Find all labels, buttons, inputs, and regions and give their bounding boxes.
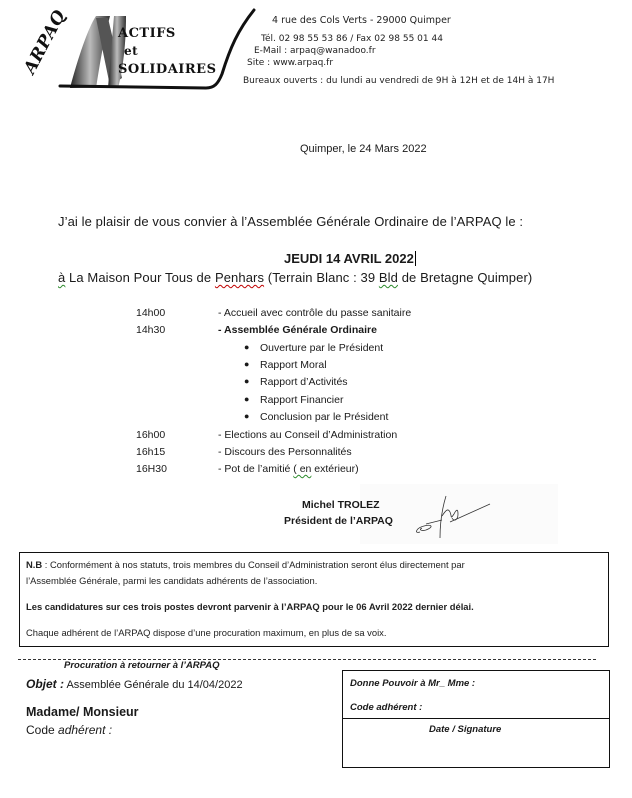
text-cursor <box>415 251 416 266</box>
programme-item: 14h00 - Accueil avec contrôle du passe s… <box>0 307 632 321</box>
power-to-field[interactable]: Donne Pouvoir à Mr_ Mme : <box>350 678 475 689</box>
programme-item: 16h15 - Discours des Personnalités <box>0 446 632 460</box>
date-signature-field[interactable]: Date / Signature <box>429 724 501 735</box>
notice-proxy: Chaque adhérent de l’ARPAQ dispose d’une… <box>26 627 386 638</box>
org-email[interactable]: E-Mail : arpaq@wanadoo.fr <box>254 46 376 56</box>
org-website[interactable]: Site : www.arpaq.fr <box>247 58 333 68</box>
bullet-icon: ● <box>244 376 249 386</box>
programme-sub-item: ● Rapport d’Activités <box>0 376 632 390</box>
notice-line1: N.B : Conformément à nos statuts, trois … <box>26 559 602 570</box>
signatory-name: Michel TROLEZ <box>302 499 380 511</box>
arpaq-logo: ARPAQ ACTIFS et SOLIDAIRES <box>18 8 258 98</box>
programme-sub-item: ● Ouverture par le Président <box>0 342 632 356</box>
box-divider <box>343 718 609 719</box>
bullet-icon: ● <box>244 411 249 421</box>
logo-line2: et <box>124 44 138 58</box>
programme-item: 16H30 - Pot de l’amitié ( en extérieur) <box>0 463 632 477</box>
logo-line1: ACTIFS <box>118 26 176 41</box>
programme-item: 16h00 - Elections au Conseil d’Administr… <box>0 429 632 443</box>
notice-deadline: Les candidatures sur ces trois postes de… <box>26 601 474 612</box>
notice-line2: l’Assemblée Générale, parmi les candidat… <box>26 575 317 586</box>
office-hours: Bureaux ouverts : du lundi au vendredi d… <box>243 76 554 86</box>
invitation-text: J’ai le plaisir de vous convier à l’Asse… <box>58 214 523 229</box>
bullet-icon: ● <box>244 394 249 404</box>
handwritten-signature-icon <box>412 494 492 544</box>
event-date: JEUDI 14 AVRIL 2022 <box>284 251 416 266</box>
programme-sub-item: ● Rapport Financier <box>0 394 632 408</box>
proxy-delegation-box: Donne Pouvoir à Mr_ Mme : Code adhérent … <box>342 670 610 768</box>
proxy-member-code-field[interactable]: Code adhérent : <box>26 723 112 737</box>
notice-box: N.B : Conformément à nos statuts, trois … <box>19 552 609 647</box>
programme-sub-item: ● Rapport Moral <box>0 359 632 373</box>
proxy-form-title: Procuration à retourner à l’ARPAQ <box>64 660 220 671</box>
event-location: à La Maison Pour Tous de Penhars (Terrai… <box>58 270 532 285</box>
bullet-icon: ● <box>244 359 249 369</box>
bullet-icon: ● <box>244 342 249 352</box>
signatory-title: Président de l’ARPAQ <box>284 515 393 527</box>
delegate-code-field[interactable]: Code adhérent : <box>350 702 422 713</box>
org-phone-fax: Tél. 02 98 55 53 86 / Fax 02 98 55 01 44 <box>261 34 443 44</box>
programme-sub-item: ● Conclusion par le Président <box>0 411 632 425</box>
proxy-object: Objet : Assemblée Générale du 14/04/2022 <box>26 675 243 693</box>
place-date: Quimper, le 24 Mars 2022 <box>300 143 427 155</box>
org-address: 4 rue des Cols Verts - 29000 Quimper <box>272 15 451 26</box>
proxy-salutation[interactable]: Madame/ Monsieur <box>26 705 139 719</box>
logo-line3: SOLIDAIRES <box>118 62 216 77</box>
programme-item: 14h30 - Assemblée Générale Ordinaire <box>0 324 632 338</box>
